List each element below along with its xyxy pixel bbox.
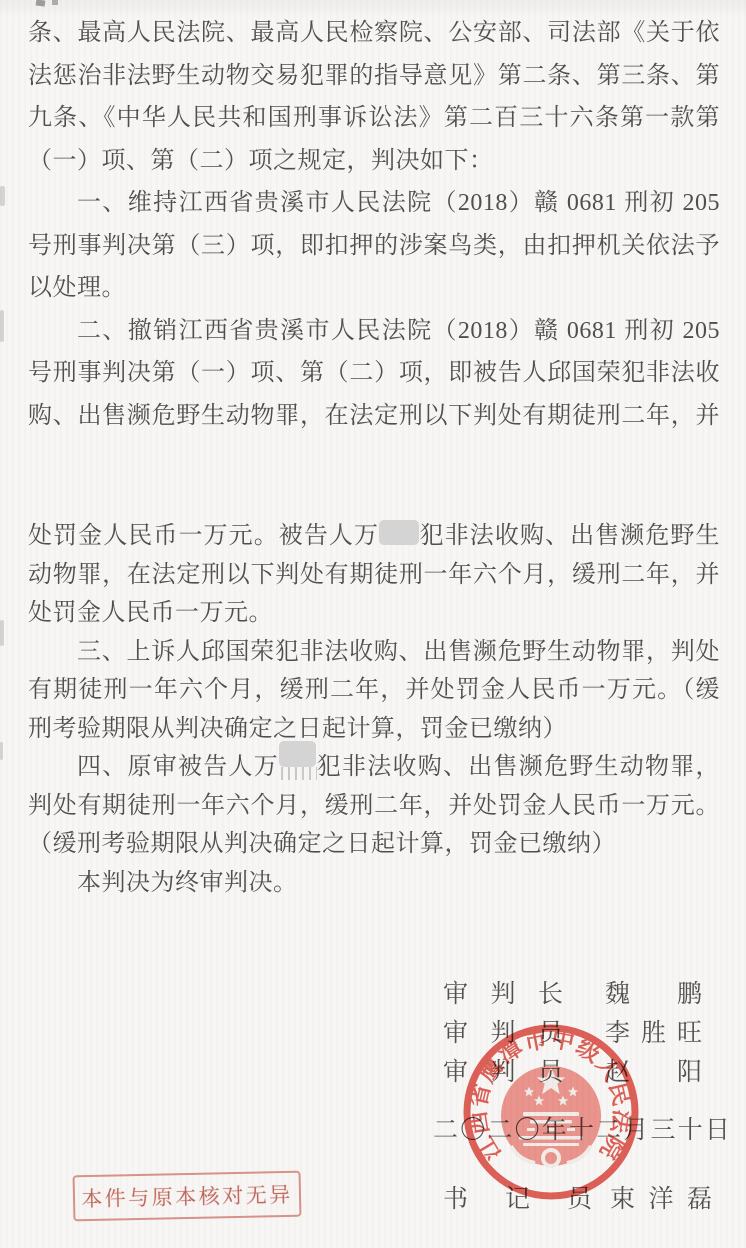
body-line: （缓刑考验期限从判决确定之日起计算，罚金已缴纳）	[28, 825, 720, 864]
judge-row: 审判长魏鹏	[443, 982, 702, 1008]
body-line: 处罚金人民币一万元。被告人万犯非法收购、出售濒危野生	[28, 517, 720, 556]
judge-title-char: 判	[490, 1060, 515, 1086]
judge-title-char: 审	[443, 1021, 468, 1047]
judgment-text-block-upper: 条、最高人民法院、最高人民检察院、公安部、司法部《关于依法惩治非法野生动物交易犯…	[28, 12, 720, 437]
clerk-title-text: 书记员	[443, 1187, 592, 1213]
body-text-segment: 一、维持江西省贵溪市人民法院（2018）赣 0681 刑初 205	[77, 190, 720, 216]
redaction-box	[279, 741, 316, 767]
body-line: 法惩治非法野生动物交易犯罪的指导意见》第二条、第三条、第	[28, 55, 720, 98]
body-line: 二、撤销江西省贵溪市人民法院（2018）赣 0681 刑初 205	[28, 310, 720, 353]
judge-title: 审判员	[443, 1060, 563, 1086]
body-text-segment: 犯非法收购、出售濒危野生动物罪，	[316, 754, 720, 780]
body-text-segment: 法惩治非法野生动物交易犯罪的指导意见》第二条、第三条、第	[28, 63, 720, 89]
body-line: 刑考验期限从判决确定之日起计算，罚金已缴纳）	[28, 710, 720, 749]
judgment-date-char: 二	[487, 1118, 512, 1144]
judgment-date-char: 二	[596, 1118, 621, 1144]
clerk-row: 书记员 束洋磊	[443, 1187, 712, 1213]
judge-name: 赵阳	[605, 1060, 702, 1086]
judge-row: 审判员李胜旺	[443, 1021, 702, 1047]
clerk-title-text-char: 员	[567, 1187, 592, 1213]
scan-smudge	[0, 186, 5, 206]
clerk-title: 书记员	[443, 1187, 592, 1213]
body-text-segment: 号刑事判决第（一）项、第（二）项，即被告人邱国荣犯非法收	[28, 360, 720, 386]
judge-title-char: 员	[538, 1060, 563, 1086]
judge-name-char: 李	[605, 1021, 630, 1047]
body-text-segment: 三、上诉人邱国荣犯非法收购、出售濒危野生动物罪，判处	[77, 639, 720, 665]
clerk-title-text-char: 书	[443, 1187, 468, 1213]
judge-title-char: 审	[443, 1060, 468, 1086]
judge-title: 审判员	[443, 1021, 563, 1047]
judgment-date-char: 〇	[460, 1118, 485, 1144]
judgment-date-char: 年	[542, 1118, 567, 1144]
judgment-body: 条、最高人民法院、最高人民检察院、公安部、司法部《关于依法惩治非法野生动物交易犯…	[28, 12, 720, 902]
judgment-date: 二〇二〇年十二月三十日	[433, 1118, 730, 1144]
body-text-segment: 犯非法收购、出售濒危野生	[419, 523, 720, 549]
body-line: 以处理。	[28, 267, 720, 310]
scan-smudge	[0, 620, 4, 646]
judge-title-char: 审	[443, 982, 468, 1008]
scan-smudge	[0, 742, 3, 760]
verification-stamp: 本件与原本核对无异	[73, 1171, 302, 1222]
body-text-segment: 四、原审被告人万	[77, 754, 279, 780]
judgment-date-char: 三	[651, 1118, 676, 1144]
judge-name-char: 旺	[677, 1021, 702, 1047]
body-text-segment: （一）项、第（二）项之规定，判决如下：	[28, 148, 494, 174]
body-line: （一）项、第（二）项之规定，判决如下：	[28, 140, 720, 183]
body-line: 条、最高人民法院、最高人民检察院、公安部、司法部《关于依	[28, 12, 720, 55]
clerk-name: 束洋磊	[610, 1187, 712, 1213]
scan-smudge	[0, 310, 4, 342]
judge-name-char: 胜	[641, 1021, 666, 1047]
body-line: 有期徒刑一年六个月，缓刑二年，并处罚金人民币一万元。（缓	[28, 671, 720, 710]
clerk-title-text-char: 记	[505, 1187, 530, 1213]
body-line: 四、原审被告人万犯非法收购、出售濒危野生动物罪，	[28, 748, 720, 787]
body-line: 本判决为终审判决。	[28, 864, 720, 903]
body-text-segment: 有期徒刑一年六个月，缓刑二年，并处罚金人民币一万元。（缓	[28, 677, 720, 703]
judge-name-char: 赵	[605, 1060, 630, 1086]
body-text-segment: 处罚金人民币一万元。	[28, 600, 273, 626]
body-text-segment: 判处有期徒刑一年六个月，缓刑二年，并处罚金人民币一万元。	[28, 793, 720, 819]
body-text-segment: 刑考验期限从判决确定之日起计算，罚金已缴纳）	[28, 716, 567, 742]
judgment-date-char: 十	[678, 1118, 703, 1144]
body-text-segment: 二、撤销江西省贵溪市人民法院（2018）赣 0681 刑初 205	[77, 318, 720, 344]
clerk-name-text-char: 洋	[648, 1187, 673, 1213]
body-line: 三、上诉人邱国荣犯非法收购、出售濒危野生动物罪，判处	[28, 633, 720, 672]
clerk-name-text-char: 束	[610, 1187, 635, 1213]
scan-artifact	[52, 0, 58, 5]
judge-name-char: 阳	[677, 1060, 702, 1086]
redaction-box	[379, 520, 419, 545]
body-text-segment: 购、出售濒危野生动物罪，在法定刑以下判处有期徒刑二年，并	[28, 403, 720, 429]
body-line: 判处有期徒刑一年六个月，缓刑二年，并处罚金人民币一万元。	[28, 787, 720, 826]
judge-row: 审判员赵阳	[443, 1060, 702, 1086]
emblem-gear-wreath	[511, 1146, 591, 1166]
judge-name: 魏鹏	[605, 982, 702, 1008]
judgment-document-page: { "page": {"background": "#f7f6f4", "ink…	[0, 0, 746, 1248]
judge-title: 审判长	[443, 982, 563, 1008]
clerk-name-text-char: 磊	[687, 1187, 712, 1213]
verification-stamp-text: 本件与原本核对无异	[81, 1179, 293, 1213]
body-text-segment: 以处理。	[28, 275, 126, 301]
body-line: 号刑事判决第（三）项，即扣押的涉案鸟类，由扣押机关依法予	[28, 225, 720, 268]
judge-title-char: 判	[490, 982, 515, 1008]
body-text-segment: 动物罪，在法定刑以下判处有期徒刑一年六个月，缓刑二年，并	[28, 562, 720, 588]
judge-title-char: 判	[490, 1021, 515, 1047]
body-text-segment: 条、最高人民法院、最高人民检察院、公安部、司法部《关于依	[28, 20, 720, 46]
judgment-date-char: 〇	[515, 1118, 540, 1144]
judge-name-char: 鹏	[677, 982, 702, 1008]
judges-signature-block: 审判长魏鹏审判员李胜旺审判员赵阳	[443, 982, 702, 1099]
body-text-segment: 九条、《中华人民共和国刑事诉讼法》第二百三十六条第一款第	[28, 105, 720, 131]
judgment-text-block-lower: 处罚金人民币一万元。被告人万犯非法收购、出售濒危野生动物罪，在法定刑以下判处有期…	[28, 517, 720, 902]
body-text-segment: 本判决为终审判决。	[77, 870, 298, 896]
judgment-date-char: 月	[623, 1118, 648, 1144]
clerk-name-text: 束洋磊	[610, 1187, 712, 1213]
judgment-date-char: 十	[569, 1118, 594, 1144]
judgment-date-char: 二	[433, 1118, 458, 1144]
body-line: 动物罪，在法定刑以下判处有期徒刑一年六个月，缓刑二年，并	[28, 556, 720, 595]
judge-name: 李胜旺	[605, 1021, 702, 1047]
judge-name-char: 魏	[605, 982, 630, 1008]
body-text-segment: 处罚金人民币一万元。被告人万	[28, 523, 379, 549]
body-line: 购、出售濒危野生动物罪，在法定刑以下判处有期徒刑二年，并	[28, 395, 720, 438]
body-line: 九条、《中华人民共和国刑事诉讼法》第二百三十六条第一款第	[28, 97, 720, 140]
judge-title-char: 员	[538, 1021, 563, 1047]
judgment-date-char: 日	[705, 1118, 730, 1144]
body-line: 处罚金人民币一万元。	[28, 594, 720, 633]
body-line: 一、维持江西省贵溪市人民法院（2018）赣 0681 刑初 205	[28, 182, 720, 225]
body-text-segment: 号刑事判决第（三）项，即扣押的涉案鸟类，由扣押机关依法予	[28, 233, 720, 259]
scan-artifact	[36, 0, 46, 7]
judge-title-char: 长	[538, 982, 563, 1008]
body-line: 号刑事判决第（一）项、第（二）项，即被告人邱国荣犯非法收	[28, 352, 720, 395]
body-text-segment: （缓刑考验期限从判决确定之日起计算，罚金已缴纳）	[28, 831, 616, 857]
